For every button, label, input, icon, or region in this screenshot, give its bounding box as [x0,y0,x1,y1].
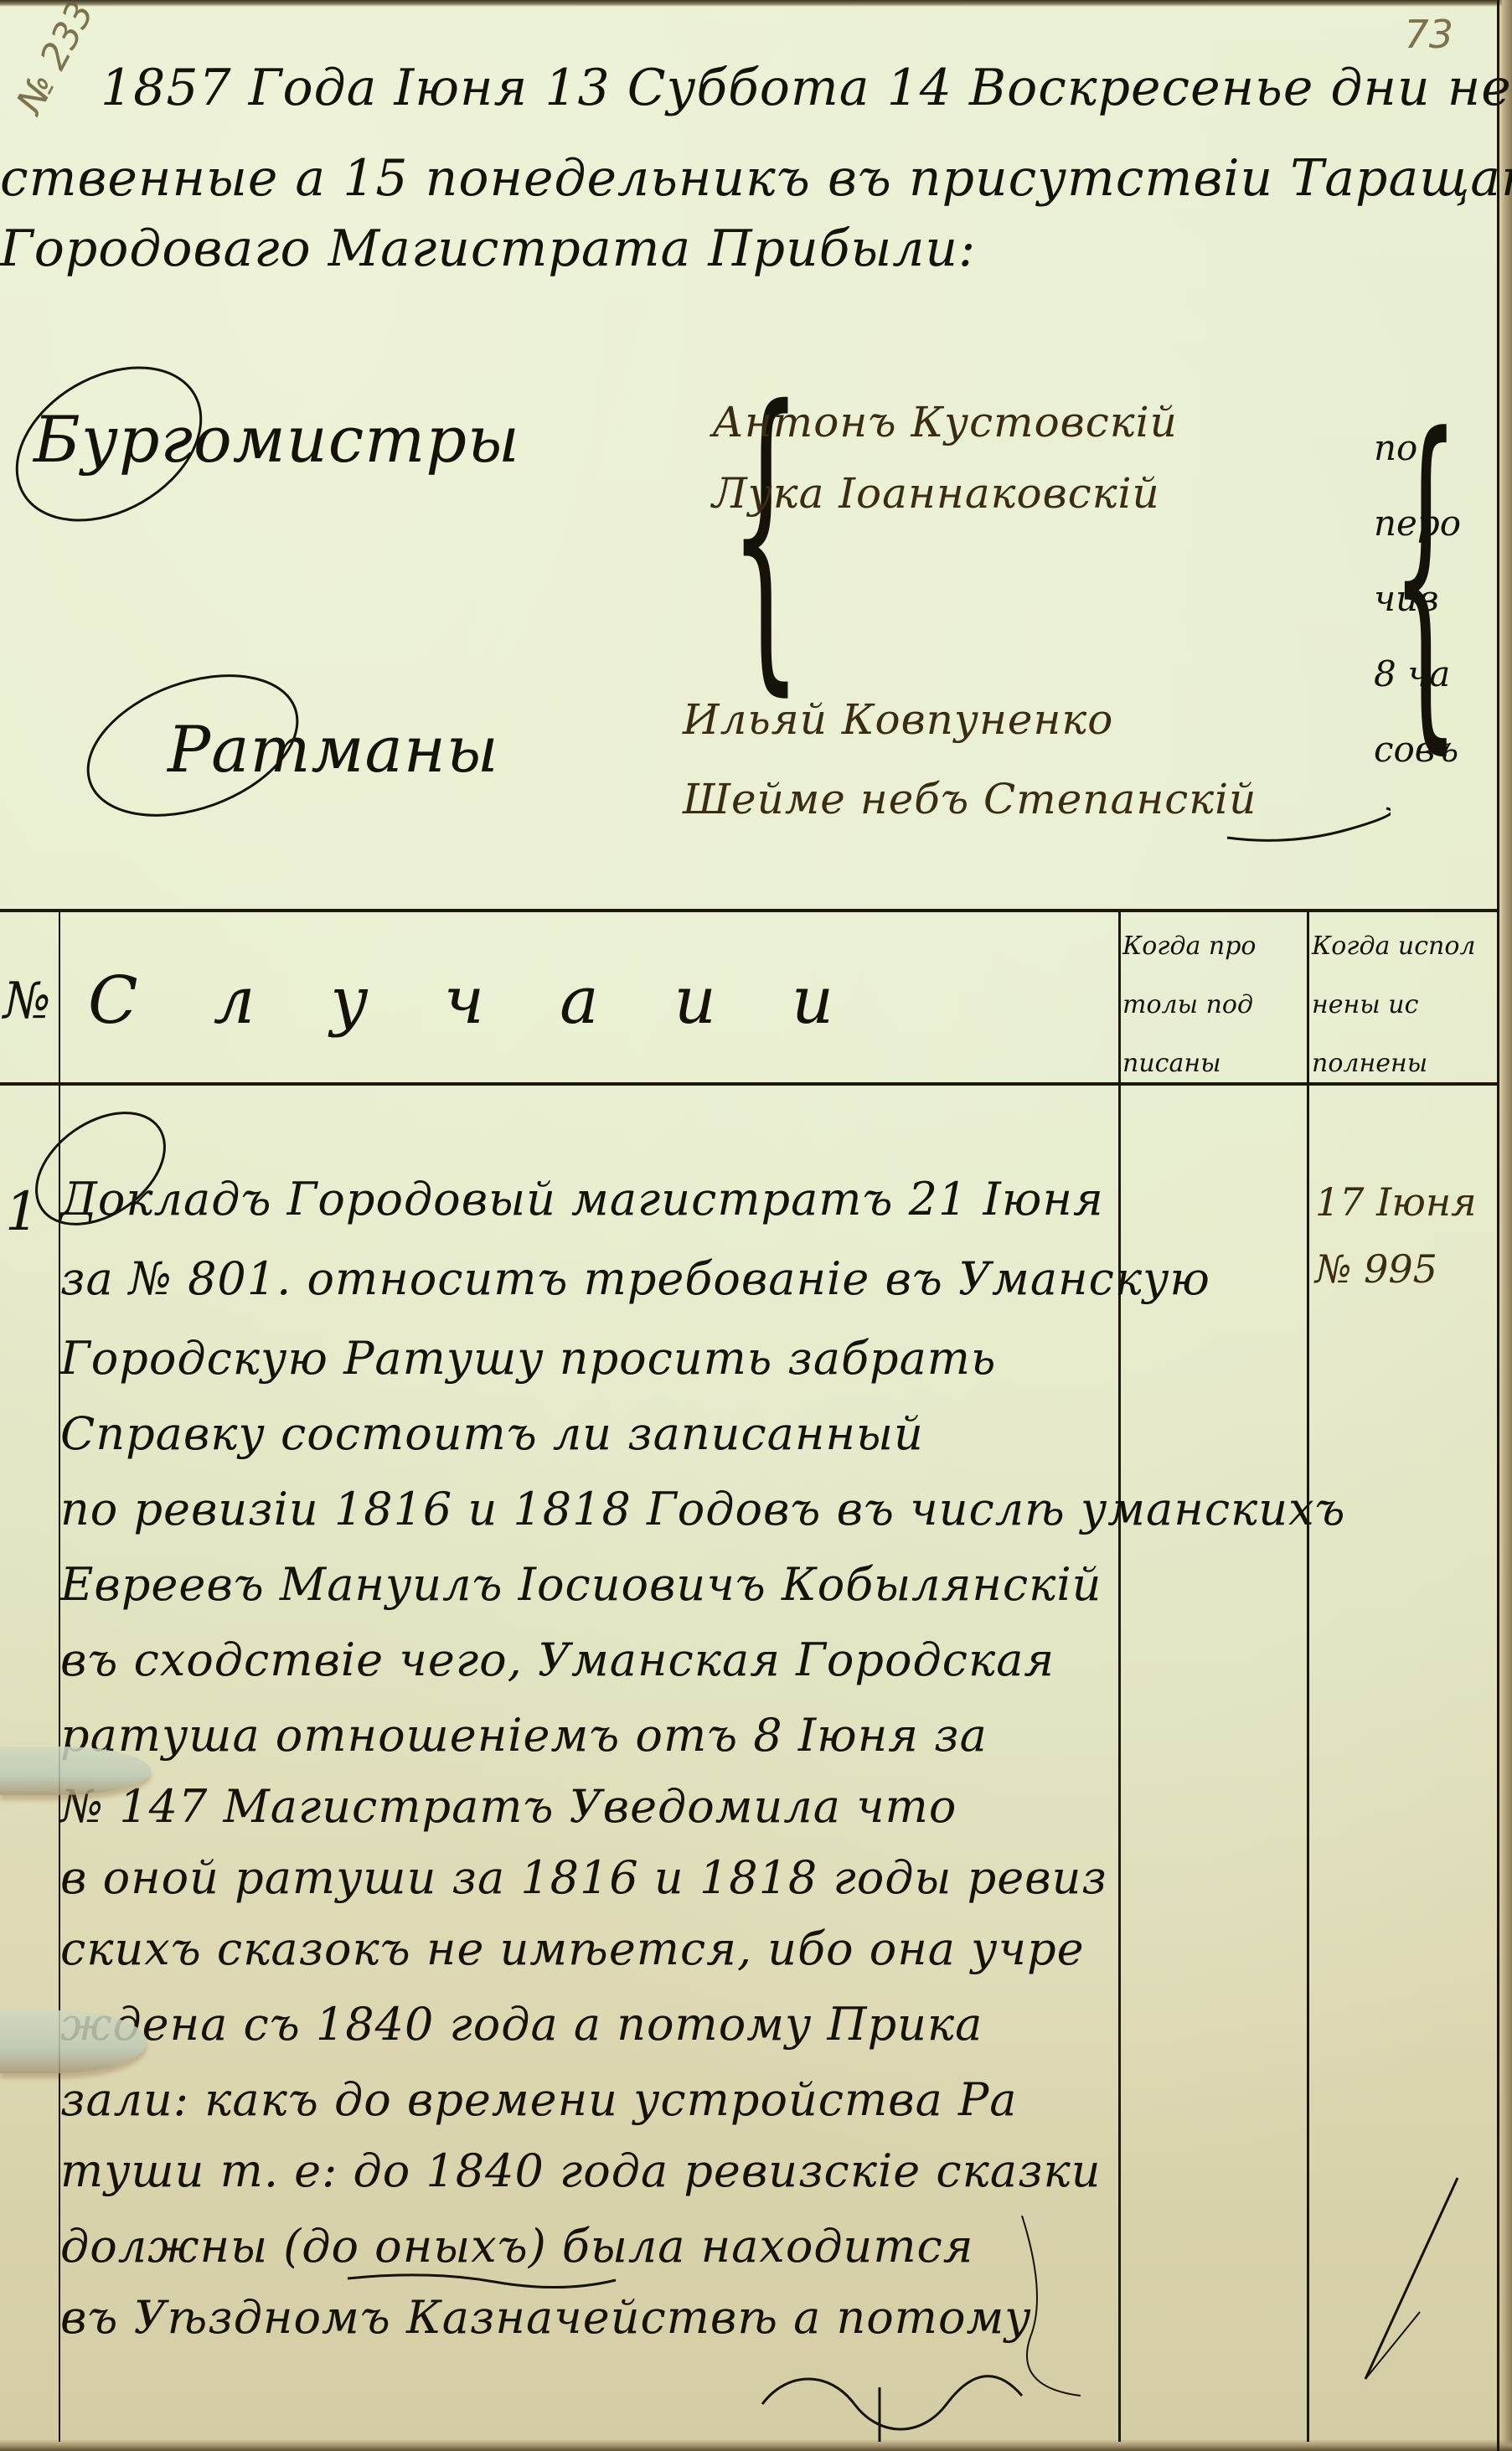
entry-line-3: Городскую Ратушу просить забрать [60,1332,996,1385]
burgomaster-name-1: Антонъ Кустовскій [712,398,1178,446]
header-cases-letter: С [88,963,138,1039]
header-cases-letter: и [792,963,833,1039]
header-when-executed-line: Когда испол [1312,917,1475,976]
page-number: 73 [1404,12,1453,57]
corner-annotation: № 233 [8,0,103,121]
header-cases-letter: л [214,963,255,1039]
execution-record: 17 Іюня № 995 [1315,1169,1477,1303]
side-note-line-3: чив [1374,561,1461,637]
entry-line-9: № 147 Магистратъ Уведомила что [60,1780,957,1833]
entry-line-16: въ Уѣздномъ Казначействѣ а потому [60,2291,1032,2344]
entry-line-14: туши т. е: до 1840 года ревизскіе сказки [60,2144,1102,2197]
side-note-line-5: совъ [1374,712,1461,787]
underline-flourish-icon [1223,804,1391,854]
burgomaster-name-2: Лука Іоаннаковскій [712,469,1160,518]
header-when-executed-line: полнены [1312,1035,1475,1093]
entry-line-8: ратуша отношеніемъ отъ 8 Іюня за [60,1709,988,1762]
header-when-signed-line: толы под [1122,976,1256,1035]
header-when-signed-line: Когда про [1122,917,1256,976]
manuscript-page: № 233 73 1857 Года Іюня 13 Суббота 14 Во… [0,0,1512,2451]
ratmans-label: Ратманы [168,712,499,787]
heading-line-1: 1857 Года Іюня 13 Суббота 14 Воскресенье… [101,59,1512,117]
header-when-executed-line: нены ис [1312,976,1475,1035]
header-number: № [3,972,52,1030]
header-cases-letter: а [560,963,599,1039]
side-note-line-2: перо [1374,486,1461,561]
header-when-signed: Когда про толы под писаны [1122,917,1256,1093]
entry-line-4: Справку состоитъ ли записанный [60,1407,924,1460]
header-cases-letter: ч [444,963,485,1039]
header-cases-letter: и [674,963,716,1039]
header-cases: С л у ч а и и [88,963,833,1039]
line-end-flourish-icon [997,2211,1097,2404]
entry-line-2: за № 801. относитъ требованіе въ Уманску… [60,1252,1210,1305]
executed-column-rule [1307,909,1309,2442]
side-note-line-4: 8 ча [1374,637,1461,712]
right-margin-rule [1497,0,1499,2451]
entry-line-5: по ревизіи 1816 и 1818 Годовъ въ числѣ у… [60,1483,1346,1535]
ratman-name-2: Шейме небъ Степанскій [683,775,1257,823]
entry-line-13: зали: какъ до времени устройства Ра [60,2073,1018,2126]
header-when-signed-line: писаны [1122,1035,1256,1093]
header-cases-letter: у [330,963,368,1039]
table-top-rule [0,909,1499,912]
heading-line-3: Городоваго Магистрата Прибыли: [0,219,976,278]
table-header-bottom-rule [0,1082,1499,1086]
execution-date: 17 Іюня [1315,1169,1477,1236]
strikethrough-mark-icon [343,2262,620,2295]
entry-line-6: Евреевъ Мануилъ Іосиовичъ Кобылянскій [60,1558,1102,1611]
entry-line-10: в оной ратуши за 1816 и 1818 годы ревиз [60,1851,1107,1904]
side-note-line-1: по [1374,410,1461,486]
heading-line-2: ственные а 15 понедельникъ въ присутстві… [0,149,1512,208]
closing-flourish-icon [754,2362,1030,2446]
entry-line-7: въ сходствіе чего, Уманская Городская [60,1633,1055,1686]
check-mark-icon [1340,2170,1491,2387]
entry-line-12: ждена съ 1840 года а потому Прика [60,1998,983,2051]
ratman-name-1: Ильяй Ковпуненко [683,695,1113,744]
header-when-executed: Когда испол нены ис полнены [1312,917,1475,1093]
signed-column-rule [1118,909,1121,2442]
capital-flourish-icon [0,352,218,536]
execution-number: № 995 [1315,1236,1477,1303]
page-top-edge [0,0,1512,7]
entry-line-1: Докладъ Городовый магистратъ 21 Іюня [60,1173,1104,1225]
entry-line-11: скихъ сказокъ не имѣется, ибо она учре [60,1922,1085,1975]
side-note: по перо чив 8 ча совъ [1374,410,1461,787]
